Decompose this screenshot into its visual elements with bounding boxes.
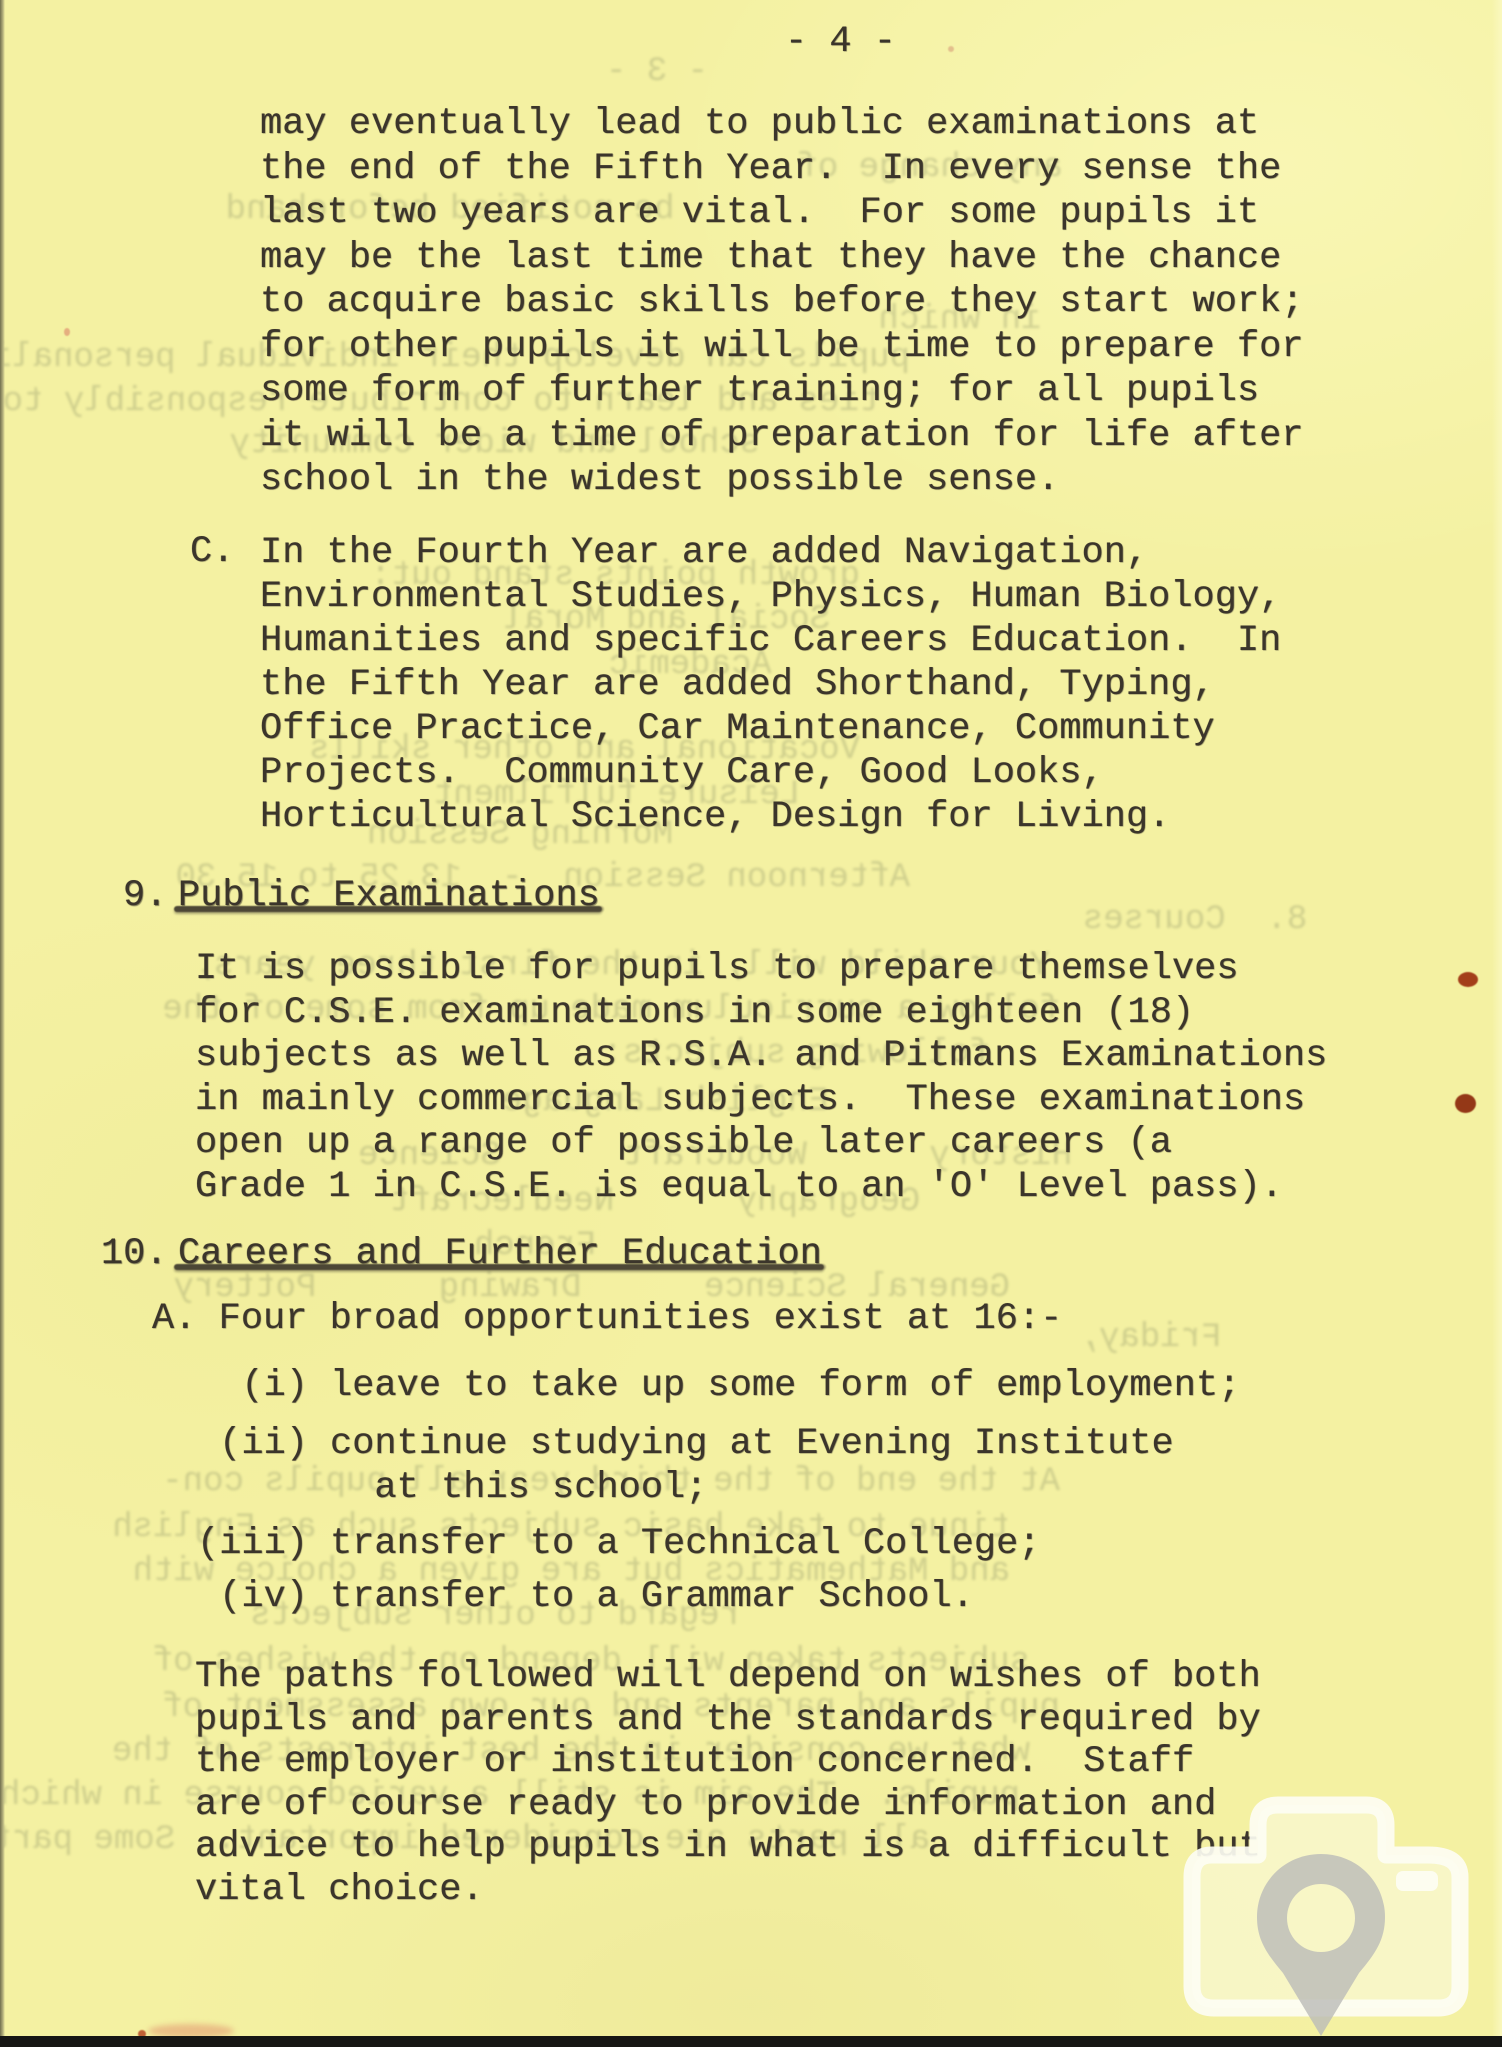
option-text: leave to take up some form of employment… bbox=[330, 1365, 1240, 1409]
intro-continuation-paragraph: may eventually lead to public examinatio… bbox=[260, 102, 1304, 503]
camera-flash-icon bbox=[1396, 1871, 1438, 1891]
rust-speck bbox=[1458, 972, 1478, 987]
option-text: transfer to a Grammar School. bbox=[330, 1576, 974, 1620]
page-number: - 4 - bbox=[785, 21, 896, 65]
section-9-heading-underline bbox=[174, 906, 602, 912]
option-text: transfer to a Technical College; bbox=[330, 1523, 1041, 1567]
item-c-paragraph: In the Fourth Year are added Navigation,… bbox=[260, 531, 1281, 839]
rust-speck bbox=[64, 328, 70, 336]
item-c-label: C. bbox=[190, 531, 234, 575]
section-10-number: 10. bbox=[101, 1233, 168, 1277]
show-through-text: 8. Courses bbox=[1080, 900, 1310, 940]
rust-speck bbox=[1455, 1094, 1476, 1113]
rust-speck bbox=[948, 46, 954, 52]
option-numeral: (iv) bbox=[197, 1576, 308, 1620]
camera-location-watermark bbox=[1180, 1793, 1470, 2043]
section-9-paragraph: It is possible for pupils to prepare the… bbox=[195, 948, 1327, 1209]
scanned-document-page: - 3 -any change ofbe notified beforehand… bbox=[0, 0, 1502, 2047]
right-paper-edge bbox=[1492, 0, 1502, 2047]
closing-paragraph: The paths followed will depend on wishes… bbox=[195, 1656, 1261, 1911]
option-numeral: (i) bbox=[197, 1365, 308, 1409]
option-numeral: (iii) bbox=[197, 1523, 308, 1567]
show-through-text: - 3 - bbox=[597, 52, 717, 92]
section-10-heading-underline bbox=[174, 1264, 824, 1270]
left-scan-edge bbox=[0, 0, 5, 2047]
option-numeral: (ii) bbox=[197, 1423, 308, 1467]
section-9-number: 9. bbox=[123, 875, 167, 919]
bottom-scan-edge bbox=[0, 2036, 1502, 2047]
option-text: continue studying at Evening Institute a… bbox=[330, 1423, 1174, 1510]
item-a-line: A. Four broad opportunities exist at 16:… bbox=[152, 1298, 1062, 1342]
